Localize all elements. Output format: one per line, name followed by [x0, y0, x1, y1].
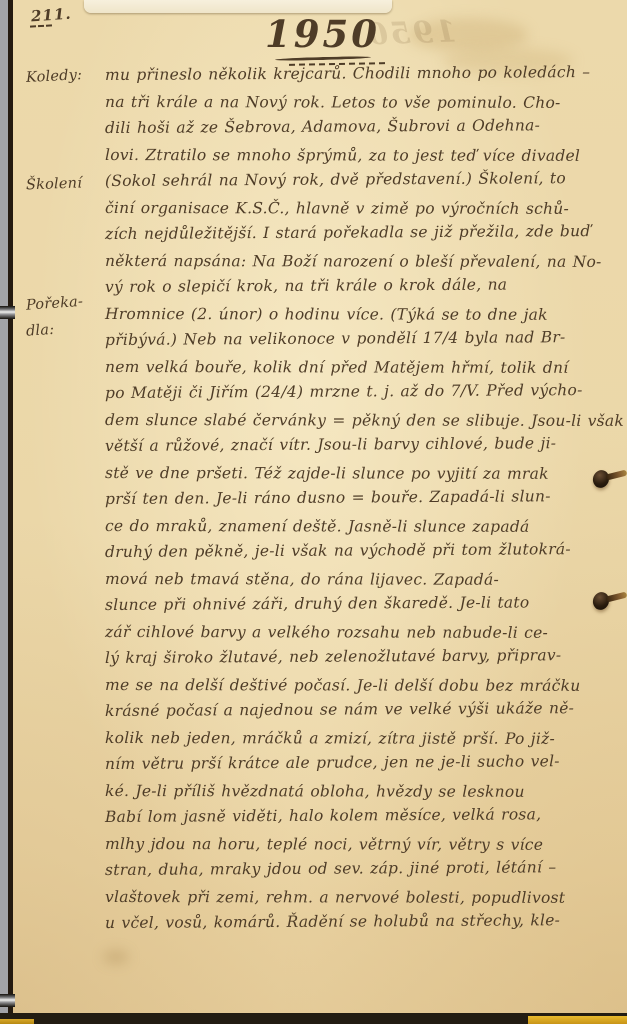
handwritten-line: krásné počasí a najednou se nám ve velké… [105, 695, 615, 725]
handwritten-line: ním větru prší krátce ale prudce, jen ne… [105, 748, 615, 778]
book-edge-gilt-right [528, 1016, 627, 1024]
handwritten-lines: mu přineslo několik krejcarů. Chodili mn… [105, 62, 615, 937]
margin-note-porekadla-2: dla: [26, 318, 105, 340]
binder-fastener-bottom [593, 588, 627, 614]
fastener-tail [606, 470, 627, 481]
handwritten-line: stran, duha, mraky jdou od sev. záp. jin… [105, 854, 615, 884]
handwritten-line: větší a růžové, značí vítr. Jsou-li barv… [105, 430, 615, 460]
year-heading: 1950 [13, 12, 627, 56]
book-edge-gilt-left [0, 1019, 34, 1024]
binder-fastener-top [593, 466, 627, 492]
margin-note-porekadla-1: Pořeka- [26, 292, 105, 314]
margin-note-koledy: Koledy: [26, 66, 105, 87]
handwritten-line: mu přineslo několik krejcarů. Chodili mn… [105, 59, 615, 89]
handwritten-line: slunce při ohnivé záři, druhý den škared… [105, 589, 615, 619]
handwritten-line: Babí lom jasně viděti, halo kolem měsíce… [105, 801, 615, 831]
handwritten-line: (Sokol sehrál na Nový rok, dvě představe… [105, 165, 615, 195]
handwritten-line: přibývá.) Neb na velikonoce v pondělí 17… [105, 324, 615, 354]
fastener-tail [606, 592, 627, 603]
margin-note-skoleni: Školení [26, 175, 105, 195]
binding-clamp-bottom [0, 994, 15, 1007]
handwritten-line: vý rok o slepičí krok, na tři krále o kr… [105, 271, 615, 301]
binding-clamp-top [0, 306, 15, 319]
handwritten-line: dili hoši až ze Šebrova, Adamova, Šubrov… [105, 112, 615, 142]
handwritten-line: u včel, vosů, komárů. Řadění se holubů n… [105, 907, 615, 937]
paper-smudge [103, 950, 129, 964]
handwritten-line: zích nejdůležitější. I stará pořekadla s… [105, 218, 615, 248]
underlying-page-edge [84, 0, 392, 13]
chronicle-page: 211. 1950 1950 Koledy: Školení Pořeka- d… [8, 0, 627, 1013]
handwritten-line: lý kraj široko žlutavé, neb zelenožlutav… [105, 642, 615, 672]
handwritten-line: druhý den pěkně, je-li však na východě p… [105, 536, 615, 566]
handwritten-line: po Matěji či Jiřím (24/4) mrzne t. j. až… [105, 377, 615, 407]
handwritten-line: prší ten den. Je-li ráno dusno = bouře. … [105, 483, 615, 513]
